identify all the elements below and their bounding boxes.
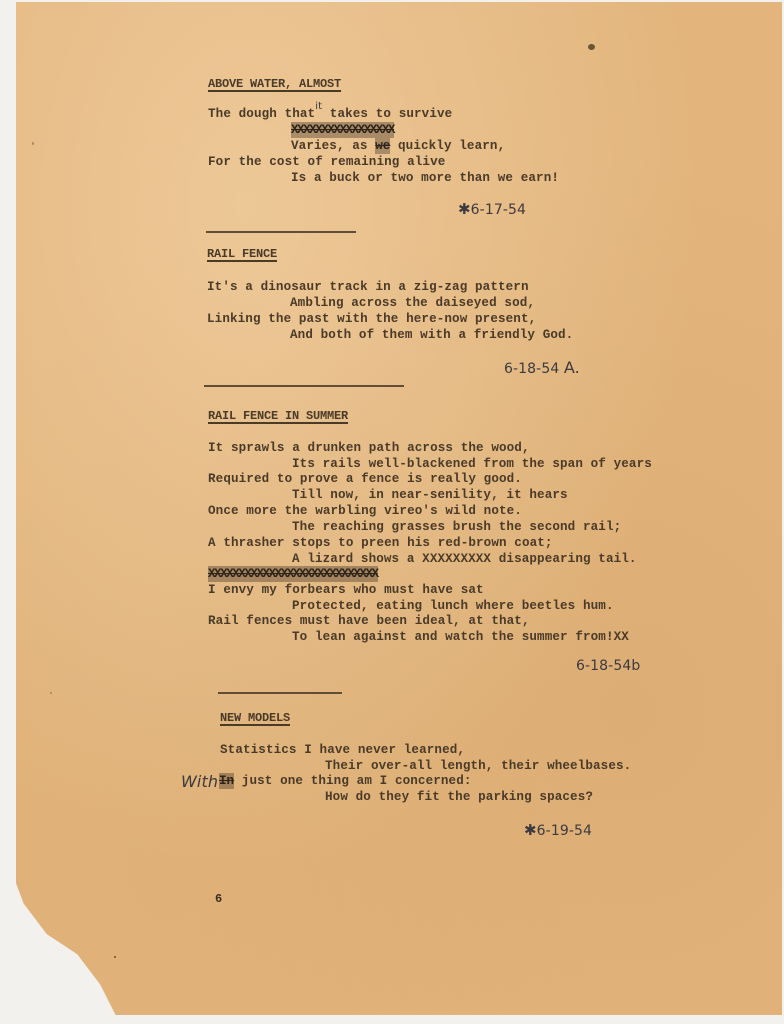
poem-line: Linking the past with the here-now prese…	[207, 311, 536, 327]
poem-line: It's a dinosaur track in a zig-zag patte…	[207, 279, 529, 295]
poem-line: Statistics I have never learned,	[220, 742, 465, 758]
poem-line: Its rails well-blackened from the span o…	[292, 456, 652, 472]
poem-line: For the cost of remaining alive	[208, 154, 445, 170]
struck-word: we	[375, 138, 390, 154]
poem-title: RAIL FENCE IN SUMMER	[208, 408, 348, 424]
poem-line: In just one thing am I concerned:	[219, 773, 472, 789]
poem-title: RAIL FENCE	[207, 246, 277, 262]
poem-line: It sprawls a drunken path across the woo…	[208, 440, 530, 456]
signature-mark-icon: ✱	[458, 200, 471, 218]
date-signature: 6-18-54 A.	[504, 358, 580, 377]
poem-line: Varies, as we quickly learn,	[291, 138, 505, 154]
date-signature: 6-18-54b	[576, 658, 640, 674]
handwritten-insert: it	[315, 101, 322, 112]
struck-line: XXXXXXXXXXXXXXXXX	[291, 122, 394, 138]
line-text: Varies, as	[291, 139, 375, 153]
signature-mark-icon: ✱	[524, 821, 537, 839]
typed-text: ABOVE WATER, ALMOST The dough thatit tak…	[0, 0, 784, 1024]
struck-text: XXXXXXXXXXXXXXXXX	[291, 122, 394, 138]
poem-line: Rail fences must have been ideal, at tha…	[208, 613, 530, 629]
struck-text: XXXXXXXXXXXXXXXXXXXXXXXXXXXX	[208, 566, 378, 582]
poem-line: Their over-all length, their wheelbases.	[325, 758, 631, 774]
date-suffix: A.	[564, 358, 580, 377]
poem-title: ABOVE WATER, ALMOST	[208, 76, 341, 92]
poem-line: The reaching grasses brush the second ra…	[292, 519, 621, 535]
date-text: 6-18-54b	[576, 658, 640, 674]
struck-line: XXXXXXXXXXXXXXXXXXXXXXXXXXXX	[208, 566, 378, 582]
struck-word: In	[219, 773, 234, 789]
date-signature: ✱6-17-54	[458, 200, 526, 218]
line-text: just one thing am I concerned:	[242, 774, 472, 788]
poem-line: Ambling across the daiseyed sod,	[290, 295, 535, 311]
poem-line: Till now, in near-senility, it hears	[292, 487, 568, 503]
date-text: 6-17-54	[471, 202, 526, 218]
poem-line: Is a buck or two more than we earn!	[291, 170, 559, 186]
poem-line: The dough thatit takes to survive	[208, 106, 452, 123]
line-text: The dough that	[208, 107, 315, 121]
poem-line: To lean against and watch the summer fro…	[292, 629, 629, 645]
poem-line: I envy my forbears who must have sat	[208, 582, 484, 598]
section-divider	[204, 385, 404, 387]
poem-line: And both of them with a friendly God.	[290, 327, 573, 343]
date-text: 6-18-54	[504, 361, 559, 377]
section-divider	[206, 231, 356, 233]
line-text: takes to survive	[322, 107, 452, 121]
poem-line: How do they fit the parking spaces?	[325, 789, 593, 805]
poem-line: Protected, eating lunch where beetles hu…	[292, 598, 614, 614]
poem-line: A thrasher stops to preen his red-brown …	[208, 535, 553, 551]
section-divider	[218, 692, 342, 694]
line-text: quickly learn,	[390, 139, 505, 153]
date-signature: ✱6-19-54	[524, 821, 592, 839]
page-number: 6	[215, 892, 222, 906]
poem-line: Once more the warbling vireo's wild note…	[208, 503, 522, 519]
poem-title: NEW MODELS	[220, 710, 290, 726]
handwritten-margin-note: With	[181, 772, 218, 791]
poem-line: Required to prove a fence is really good…	[208, 471, 522, 487]
scanned-page: ABOVE WATER, ALMOST The dough thatit tak…	[0, 0, 784, 1024]
poem-line: A lizard shows a XXXXXXXXX disappearing …	[292, 551, 637, 567]
date-text: 6-19-54	[537, 823, 592, 839]
